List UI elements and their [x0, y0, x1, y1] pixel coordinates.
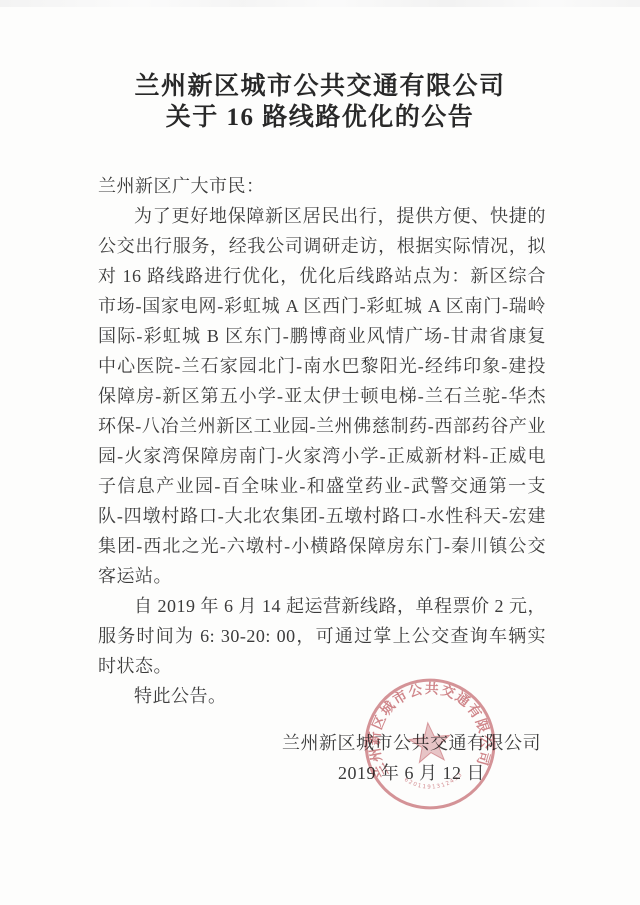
salutation: 兰州新区广大市民： — [98, 171, 546, 201]
signature-date: 2019 年 6 月 12 日 — [282, 758, 541, 788]
document-title: 兰州新区城市公共交通有限公司 关于 16 路线路优化的公告 — [0, 71, 640, 133]
document-body: 兰州新区广大市民： 为了更好地保障新区居民出行，提供方便、快捷的公交出行服务，经… — [98, 171, 546, 711]
scan-artifact-strip — [0, 0, 640, 7]
paragraph-route-optimization: 为了更好地保障新区居民出行，提供方便、快捷的公交出行服务，经我公司调研走访，根据… — [98, 201, 546, 591]
document-title-line2: 关于 16 路线路优化的公告 — [0, 102, 640, 133]
paragraph-schedule-fare: 自 2019 年 6 月 14 起运营新线路，单程票价 2 元，服务时间为 6:… — [98, 591, 546, 681]
signature-company: 兰州新区城市公共交通有限公司 — [282, 728, 541, 758]
closing-statement: 特此公告。 — [98, 681, 546, 711]
signature-block: 兰州新区城市公共交通有限公司 2019 年 6 月 12 日 — [282, 728, 541, 788]
document-title-line1: 兰州新区城市公共交通有限公司 — [0, 71, 640, 102]
document-page: 兰州新区城市公共交通有限公司 关于 16 路线路优化的公告 兰州新区广大市民： … — [0, 0, 640, 905]
